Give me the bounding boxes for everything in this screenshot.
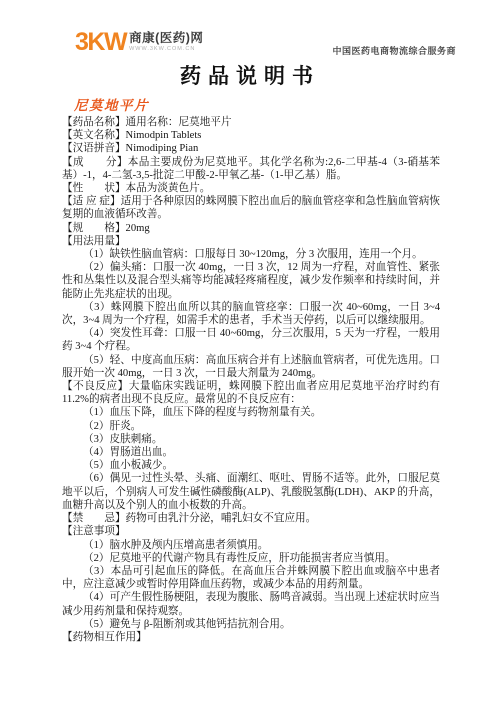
paragraph-line: 【禁 忌】药物可由乳汁分泌，哺乳妇女不宜应用。 [62, 512, 440, 525]
document-body: 【药品名称】通用名称：尼莫地平片【英文名称】Nimodpin Tablets【汉… [62, 116, 440, 644]
paragraph-line: （3）蛛网膜下腔出血所以其的脑血管痉挛：口服一次 40~60mg，一日 3~4 … [62, 301, 440, 327]
paragraph-line: （3）本品可引起血压的降低。在高血压合并蛛网膜下腔出血或脑卒中患者中，应注意减少… [62, 565, 440, 591]
paragraph-line: 【汉语拼音】Nimodiping Pian [62, 142, 440, 155]
paragraph-line: （4）突发性耳聋：口服一日 40~60mg，分三次服用，5 天为一疗程，一般用药… [62, 327, 440, 353]
paragraph-line: （2）尼莫地平的代谢产物具有毒性反应，肝功能损害者应当慎用。 [62, 552, 440, 565]
logo-text-block: 商康(医药)网 WWW.3KW.COM.CN [129, 32, 203, 52]
paragraph-line: （3）皮肤刺痛。 [62, 433, 440, 446]
paragraph-line: 【性 状】本品为淡黄色片。 [62, 182, 440, 195]
paragraph-line: （2）肝炎。 [62, 420, 440, 433]
document-title: 药品说明书 [0, 60, 500, 90]
logo-site-name: 商康(医药)网 [129, 32, 203, 45]
logo-site-url: WWW.3KW.COM.CN [129, 46, 203, 52]
paragraph-line: （5）避免与 β-阻断剂或其他钙拮抗剂合用。 [62, 618, 440, 631]
paragraph-line: 【成 分】本品主要成份为尼莫地平。其化学名称为:2,6-二甲基-4（3-硝基苯基… [62, 156, 440, 182]
paragraph-line: 【用法用量】 [62, 235, 440, 248]
paragraph-line: （5）血小板减少。 [62, 459, 440, 472]
drug-instruction-page: 3KW 商康(医药)网 WWW.3KW.COM.CN 中国医药电商物流综合服务商… [0, 0, 500, 707]
paragraph-line: （1）血压下降，血压下降的程度与药物剂量有关。 [62, 406, 440, 419]
paragraph-line: 【不良反应】大量临床实践证明，蛛网膜下腔出血者应用尼莫地平治疗时约有 11.2%… [62, 380, 440, 406]
paragraph-line: （4）可产生假性肠梗阻，表现为腹胀、肠鸣音减弱。当出现上述症状时应当减少用药剂量… [62, 591, 440, 617]
site-logo: 3KW 商康(医药)网 WWW.3KW.COM.CN [75, 32, 203, 53]
paragraph-line: （6）偶见一过性头晕、头痛、面潮红、呕吐、胃肠不适等。此外，口服尼莫地平以后，个… [62, 472, 440, 512]
logo-3kw-text: 3KW [75, 32, 126, 53]
paragraph-line: 【适 应 症】适用于各种原因的蛛网膜下腔出血后的脑血管痉挛和急性脑血管病恢复期的… [62, 195, 440, 221]
paragraph-line: 【药物相互作用】 [62, 631, 440, 644]
paragraph-line: 【英文名称】Nimodpin Tablets [62, 129, 440, 142]
paragraph-line: 【规 格】20mg [62, 222, 440, 235]
drug-name-heading: 尼莫地平片 [74, 94, 149, 114]
paragraph-line: 【药品名称】通用名称：尼莫地平片 [62, 116, 440, 129]
paragraph-line: （2）偏头痛：口服一次 40mg，一日 3 次，12 周为一疗程，对血管性、紧张… [62, 261, 440, 301]
page-header: 3KW 商康(医药)网 WWW.3KW.COM.CN 中国医药电商物流综合服务商 [75, 32, 456, 57]
paragraph-line: （4）胃肠道出血。 [62, 446, 440, 459]
paragraph-line: （5）轻、中度高血压病：高血压病合并有上述脑血管病者，可优先选用。口服开始一次 … [62, 354, 440, 380]
paragraph-line: （1）缺铁性脑血管病：口服每日 30~120mg，分 3 次服用，连用一个月。 [62, 248, 440, 261]
paragraph-line: 【注意事项】 [62, 525, 440, 538]
paragraph-line: （1）脑水肿及颅内压增高患者须慎用。 [62, 539, 440, 552]
company-tagline: 中国医药电商物流综合服务商 [332, 44, 456, 57]
